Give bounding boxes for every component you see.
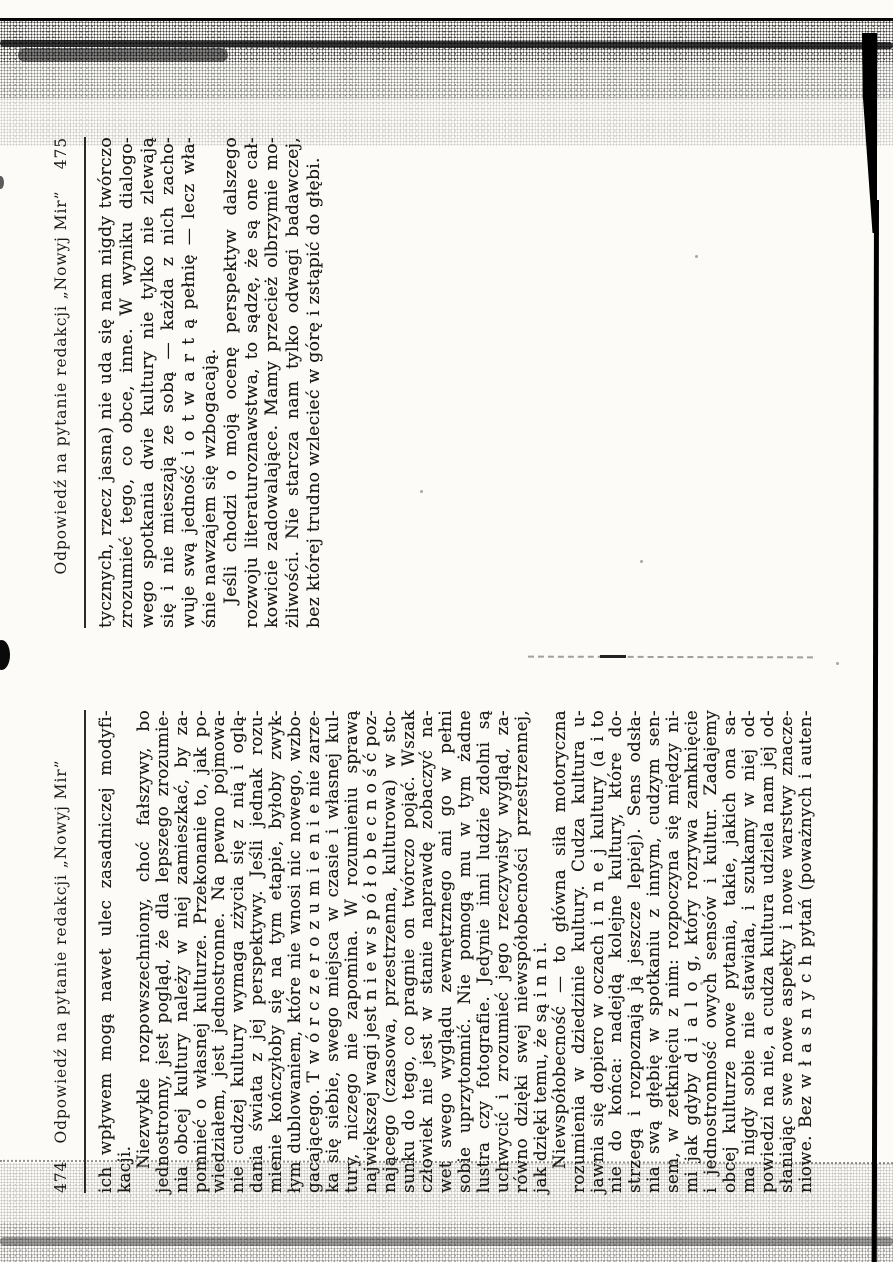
text-line: śnie nawzajem się wzbogacają. <box>200 137 221 628</box>
running-header-title: Odpowiedź na pytanie redakcji „Nowyj Mir… <box>52 710 70 1193</box>
text-line: nie cudzej kultury wymaga zżycia się z n… <box>228 710 247 1193</box>
text-line: Niewspółobecność — to główna siła motory… <box>550 710 569 1193</box>
text-line: ich wpływem mogą nawet ulec zasadniczej … <box>96 710 115 1193</box>
text-line: tycznych, rzecz jasna) nie uda się nam n… <box>96 137 117 628</box>
text-line: dania świata z jej perspektywy. Jeśli je… <box>247 710 266 1193</box>
text-line: żliwości. Nie starcza nam tylko odwagi b… <box>283 137 304 628</box>
text-line: jak dzięki temu, że są i n n i. <box>531 710 550 1193</box>
text-line: sobie uprzytomnić. Nie pomogą mu w tym ż… <box>455 710 474 1193</box>
text-line: największej wagi jest n i e w s p ó ł o … <box>361 710 380 1193</box>
text-line: mienie kończyłoby się na tym etapie, był… <box>266 710 285 1193</box>
text-line: jednostronny, jest pogląd, że dla lepsze… <box>153 710 172 1193</box>
text-line: mi jak gdyby d i a l o g, który rozrywa … <box>682 710 701 1193</box>
text-line: obcej kulturze nowe pytania, takie, jaki… <box>720 710 739 1193</box>
running-header-title: Odpowiedź na pytanie redakcji „Nowyj Mir… <box>52 137 70 628</box>
text-line: łym dublowaniem, które nie wnosi nic now… <box>285 710 304 1193</box>
text-line: kowicie zadowalające. Mamy przecież olbr… <box>262 137 283 628</box>
text-line: tury, niczego nie zapomina. W rozumieniu… <box>342 710 361 1193</box>
text-line: równo dzięki swej niewspółobecności prze… <box>512 710 531 1193</box>
text-line: pomnieć o własnej kulturze. Przekonanie … <box>191 710 210 1193</box>
scanned-book-screenshot: { "colors": { "paper": "#fcfbf8", "ink":… <box>0 0 893 1262</box>
text-line: nie do końca: nadejdą kolejne kultury, k… <box>606 710 625 1193</box>
text-line: bez której trudno wzlecieć w górę i zstą… <box>304 137 325 628</box>
running-head-474: 474 Odpowiedź na pytanie redakcji „Nowyj… <box>52 710 74 1193</box>
text-line: rozumienia w dziedzinie kultury. Cudza k… <box>569 710 588 1193</box>
text-line: nia swą głębię w spotkaniu z innym, cudz… <box>644 710 663 1193</box>
text-line: zrozumieć tego, co obce, inne. W wyniku … <box>117 137 138 628</box>
text-line: Niezwykle rozpowszechniony, choć fałszyw… <box>134 710 153 1193</box>
text-line: uchwycić i zrozumieć jego rzeczywisty wy… <box>493 710 512 1193</box>
text-line: wego spotkania dwie kultury nie tylko ni… <box>138 137 159 628</box>
page-474: 474 Odpowiedź na pytanie redakcji „Nowyj… <box>0 710 893 1193</box>
book-spread: 474 Odpowiedź na pytanie redakcji „Nowyj… <box>0 0 893 1262</box>
text-line: słaniając swe nowe aspekty i nowe warstw… <box>777 710 796 1193</box>
text-line: nia obcej kultury należy w niej zamieszk… <box>172 710 191 1193</box>
text-line: ma nigdy sobie nie stawiała, i szukamy w… <box>739 710 758 1193</box>
running-head-475: Odpowiedź na pytanie redakcji „Nowyj Mir… <box>52 137 74 628</box>
page-475-text-block: tycznych, rzecz jasna) nie uda się nam n… <box>96 137 325 628</box>
page-475: Odpowiedź na pytanie redakcji „Nowyj Mir… <box>0 137 893 628</box>
page-number-474: 474 <box>52 1161 70 1193</box>
text-line: gacającego. T w ó r c z e r o z u m i e … <box>304 710 323 1193</box>
text-line: kacji. <box>115 710 134 1193</box>
text-line: powiedzi na nie, a cudza kultura udziela… <box>758 710 777 1193</box>
text-line: ka się siebie, swego miejsca w czasie i … <box>323 710 342 1193</box>
page-474-text-block: ich wpływem mogą nawet ulec zasadniczej … <box>96 710 814 1193</box>
text-line: i jednostronność owych sensów i kultur. … <box>701 710 720 1193</box>
text-line: wiedziałem, jest jednostronne. Na pewno … <box>209 710 228 1193</box>
text-line: niowe. Bez w ł a s n y c h pytań (poważn… <box>796 710 815 1193</box>
text-line: strzegą i rozpoznają ją jeszcze lepiej).… <box>625 710 644 1193</box>
text-line: rozwoju literaturoznawstwa, to sądzę, że… <box>242 137 263 628</box>
header-rule <box>84 137 86 628</box>
text-line: Jeśli chodzi o moją ocenę perspektyw dal… <box>221 137 242 628</box>
header-rule <box>84 710 86 1193</box>
text-line: wuje swą jedność i o t w a r t ą pełnię … <box>179 137 200 628</box>
page-number-475: 475 <box>52 137 70 169</box>
text-line: nającego (czasowa, przestrzenna, kulturo… <box>380 710 399 1193</box>
text-line: się i nie mieszają ze sobą — każda z nic… <box>158 137 179 628</box>
text-line: sunku do tego, co pragnie on twórczo poj… <box>399 710 418 1193</box>
text-line: wet swego wyglądu zewnętrznego ani go w … <box>436 710 455 1193</box>
text-line: lustra czy fotografie. Jedynie inni ludz… <box>474 710 493 1193</box>
text-line: sem, w zetknięciu z nim: rozpoczyna się … <box>663 710 682 1193</box>
text-line: człowiek nie jest w stanie naprawdę zoba… <box>417 710 436 1193</box>
text-line: jawnia się dopiero w oczach i n n e j ku… <box>588 710 607 1193</box>
